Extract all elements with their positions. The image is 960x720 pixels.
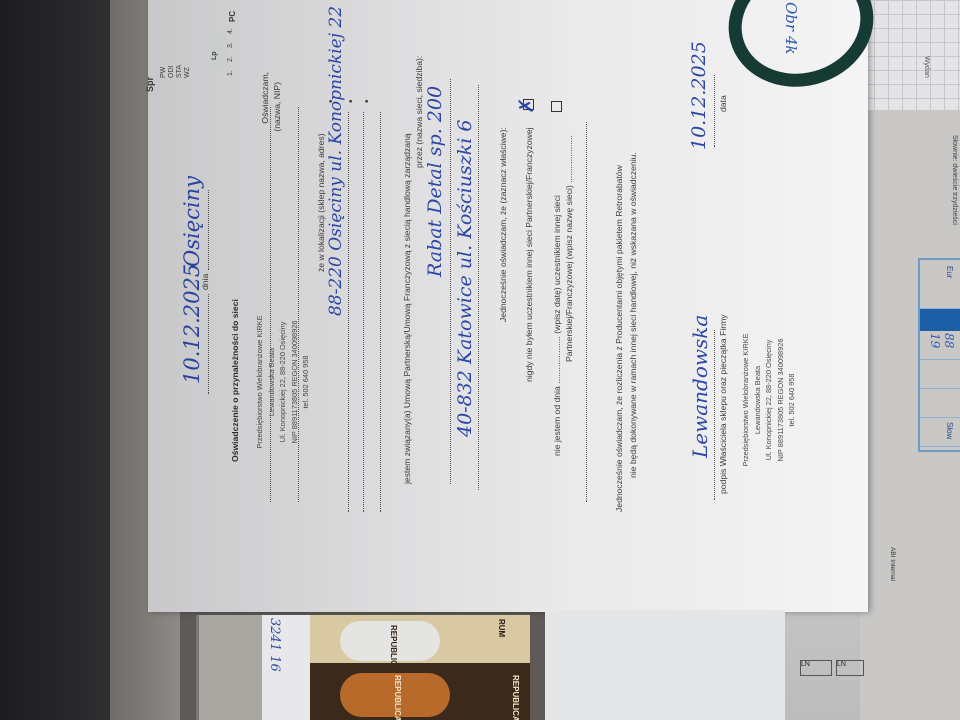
form-row-label: ODI: [168, 66, 175, 78]
small-form-boxes: LN LN: [800, 660, 900, 720]
right-sheet-header: Słownie: dwieście trzydzieści: [951, 135, 958, 225]
form-row-number: 2.: [227, 56, 234, 62]
stamp-line: NIP 8891173805 REGON 340098926: [775, 300, 787, 500]
stamp-line: Przedsiębiorstwo Wielobranżowe KIRKE: [740, 300, 752, 500]
location-label: że w lokalizacji (sklep nazwa, adres): [316, 133, 326, 272]
form-row-label: STA: [176, 65, 183, 78]
stamp-line: tel. 502 640 958: [300, 282, 312, 482]
blue-table-row: [920, 389, 960, 418]
owner-stamp: Przedsiębiorstwo Wielobranżowe KIRKE Lew…: [740, 300, 798, 500]
date-label: data: [718, 95, 728, 112]
network-name: Rabat Detal sp. 200: [424, 86, 446, 277]
form-row-label: WZ: [184, 67, 191, 78]
declarant-stamp: Przedsiębiorstwo Wielobranżowe KIRKE Lew…: [254, 282, 312, 482]
signature-date-value: 10.12.2025: [688, 41, 710, 150]
network-intro: jestem związany(a) Umową Partnerską/Umow…: [402, 133, 412, 484]
settlement-text-1: Jednocześnie oświadczam, że rozliczenia …: [614, 165, 624, 512]
form-lp-label: Lp: [211, 51, 218, 60]
document-sheet: Spr PW ODI STA WZ Lp 1. 2. 3. 4. PC 10.1…: [148, 0, 868, 612]
stamp-line: Lewandowska Beata: [752, 300, 764, 500]
network-address: 40-832 Katowice ul. Kościuszki 6: [454, 120, 476, 437]
settlement-text-2: nie będą dokonywane w ramach innej sieci…: [628, 152, 638, 478]
blue-table-text: Słow: [945, 422, 954, 439]
bullet: •: [362, 99, 373, 103]
date-dotted-line: [714, 75, 715, 147]
stamp-line: tel. 502 640 958: [786, 300, 798, 500]
signature: Lewandowska: [688, 315, 712, 458]
network-intro-2: przez (nazwa sieci, siedziba):: [414, 56, 424, 168]
stamp-line: Ul. Konopnickiej 22, 88-220 Osięciny: [763, 300, 775, 500]
document-content: Spr PW ODI STA WZ Lp 1. 2. 3. 4. PC 10.1…: [148, 0, 868, 612]
place-label: dnia: [200, 274, 210, 290]
rum-flyer: REPUBLICA REPUBLICA REPUBLICA RUM: [310, 615, 530, 720]
stamp-line: Przedsiębiorstwo Wielobranżowe KIRKE: [254, 282, 266, 482]
option-dotted-line: [586, 122, 587, 502]
also-declare-label: Jednocześnie oświadczam, że (zaznacz wła…: [498, 127, 508, 322]
bullet: •: [346, 99, 357, 103]
form-pc-label: PC: [228, 11, 237, 22]
declarant-sublabel: (nazwa, NIP): [272, 82, 282, 132]
location-dotted-line: [348, 112, 349, 512]
date-dotted-line: [208, 294, 209, 394]
signature-label: podpis Właściciela sklepu oraz pieczątka…: [718, 314, 728, 494]
flyer-brand: REPUBLICA: [511, 675, 520, 720]
clip-handwriting: Obr 4k: [782, 2, 800, 54]
signature-dotted-line: [714, 330, 715, 500]
blue-table-handwriting: 19: [928, 333, 942, 348]
check-mark-icon: ✗: [514, 97, 538, 114]
blue-table-header: [920, 309, 960, 331]
location-dotted-line: [363, 112, 364, 512]
form-row-label: PW: [160, 67, 167, 78]
form-row-number: 3.: [227, 42, 234, 48]
location-entry: 88-220 Osięciny ul. Konopnickiej 22: [326, 6, 346, 316]
form-box: LN: [836, 660, 864, 676]
form-box: LN: [800, 660, 832, 676]
document-title: Oświadczenie o przynależności do sieci: [230, 299, 240, 462]
right-sheet-small-text: Wydan: [923, 56, 930, 78]
flyer-brand: REPUBLICA: [389, 625, 398, 672]
form-row-number: 4.: [227, 28, 234, 34]
right-sheet-footer: ABI Internal: [889, 547, 896, 581]
stamp-line: Lewandowska Beata: [266, 282, 278, 482]
option-not-since-line2: Partnerskiej/Franczyzowej (wpisz nazwę s…: [564, 135, 574, 362]
blue-table-row: [920, 360, 960, 389]
option-never-text: nigdy nie byłem uczestnikiem innej sieci…: [524, 127, 534, 382]
declarant-label: Oświadczam,: [260, 72, 270, 124]
place-dotted-line: [208, 190, 209, 270]
blue-table: Eur 8819 Słow: [918, 258, 960, 452]
grid-paper: [860, 0, 960, 110]
blue-table-handwriting: 88: [942, 333, 956, 348]
declarant-dotted-line: [298, 107, 299, 502]
form-row-number: 1.: [227, 70, 234, 76]
floor-tile: [196, 615, 265, 720]
option-not-since-text: nie jestem od dnia .................... …: [552, 195, 562, 456]
place-value: Osięciny: [180, 176, 204, 267]
declarant-dotted-line: [270, 107, 271, 502]
underlying-flyer: [545, 610, 785, 720]
strip-handwriting: 3241 16: [267, 618, 282, 672]
network-dotted-line: [450, 79, 451, 484]
flyer-text: RUM: [497, 619, 506, 637]
stamp-line: Ul. Konopnickiej 22, 88-220 Osięciny: [277, 282, 289, 482]
blue-table-text: Eur: [945, 266, 954, 278]
option-checkbox-not-since[interactable]: [551, 101, 562, 112]
flyer-brand: REPUBLICA: [393, 675, 402, 720]
form-header-spr: Spr: [145, 77, 155, 92]
location-dotted-line: [380, 112, 381, 512]
network-dotted-line: [478, 85, 479, 490]
